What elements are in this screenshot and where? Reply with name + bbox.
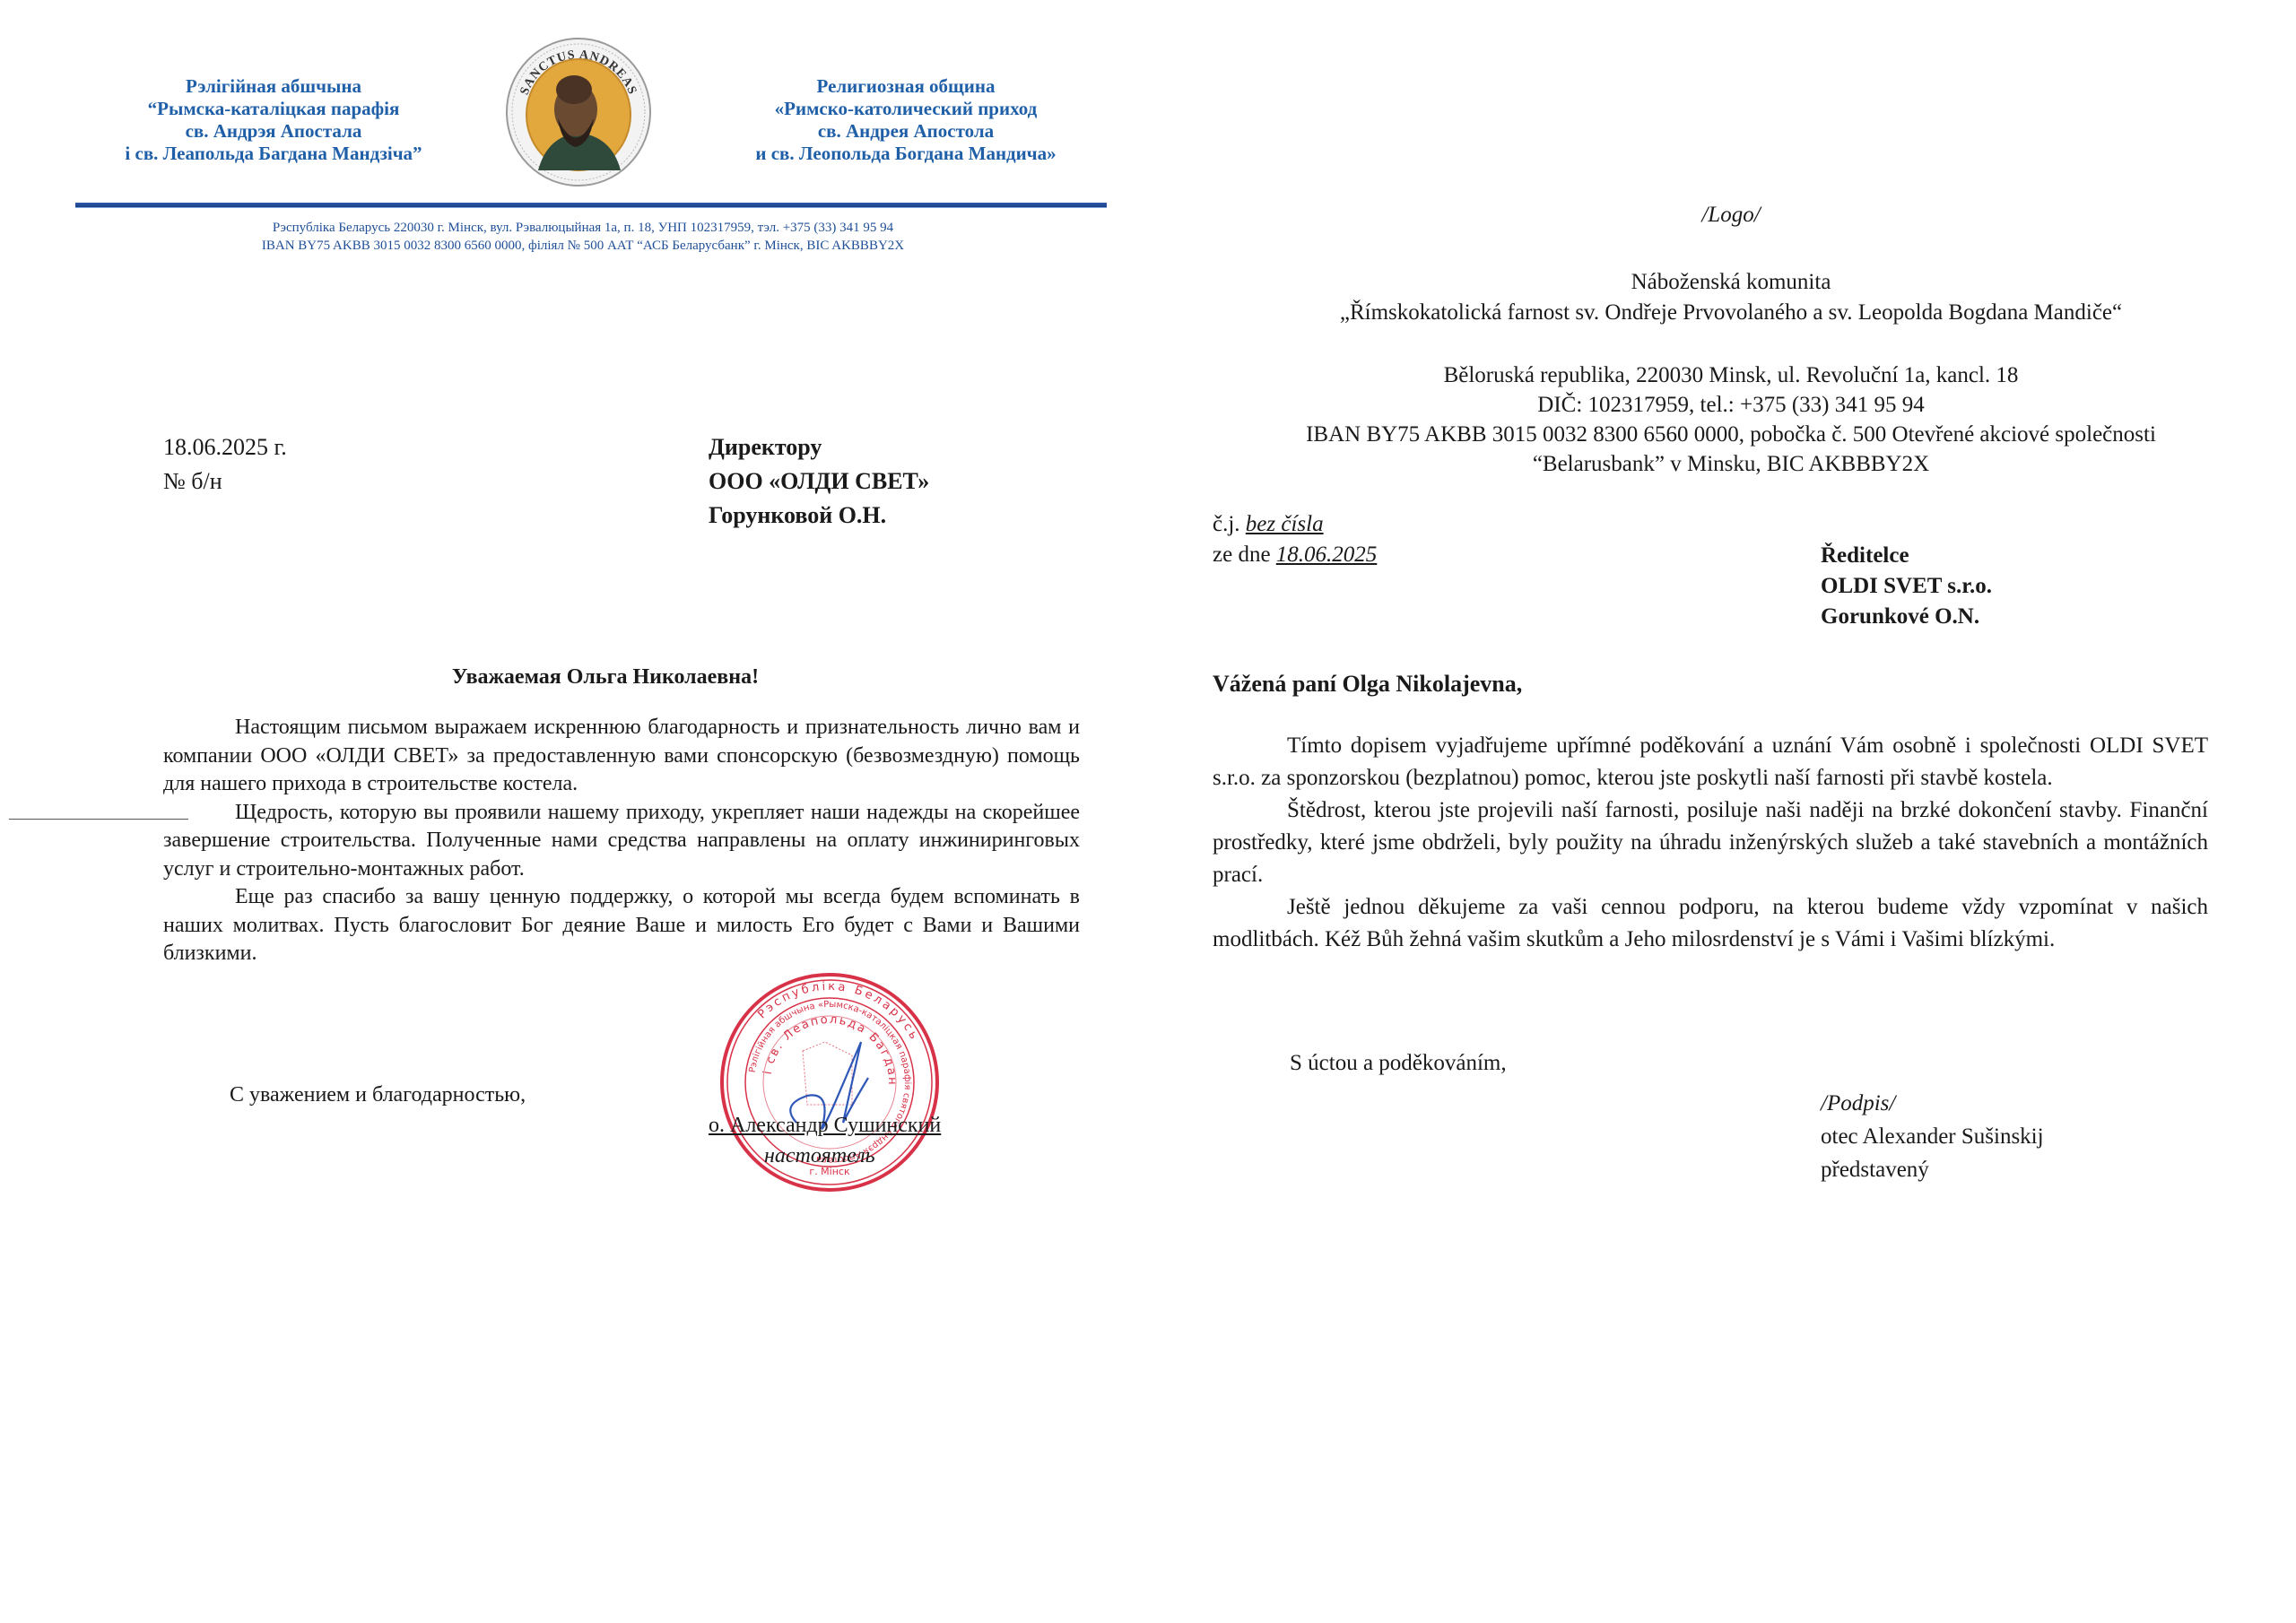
letter-date-block: 18.06.2025 г. № б/н <box>163 430 287 499</box>
letter-date: 18.06.2025 г. <box>163 430 287 464</box>
letterhead-line: «Римско-католический приход <box>717 98 1094 120</box>
letter-body: Настоящим письмом выражаем искреннюю бла… <box>163 714 1080 968</box>
letterhead-divider <box>75 203 1107 208</box>
organization-name: Náboženská komunita „Římskokatolická far… <box>1166 267 2296 328</box>
closing: S úctou a poděkováním, <box>1290 1051 1507 1076</box>
address-line: IBAN BY75 AKBB 3015 0032 8300 6560 0000,… <box>1166 420 2296 449</box>
signatory-title: představený <box>1821 1153 2044 1186</box>
closing: С уважением и благодарностью, <box>230 1083 526 1107</box>
letterhead-footer: Рэспубліка Беларусь 220030 г. Мінск, вул… <box>135 219 1031 255</box>
date-label: ze dne <box>1213 542 1271 567</box>
body-paragraph: Настоящим письмом выражаем искреннюю бла… <box>163 714 1080 799</box>
date-value: 18.06.2025 <box>1276 542 1378 567</box>
addressee-block: Директору ООО «ОЛДИ СВЕТ» Горунковой О.Н… <box>709 430 929 533</box>
body-paragraph: Štědrost, kterou jste projevili naší far… <box>1213 794 2208 891</box>
organization-address: Běloruská republika, 220030 Minsk, ul. R… <box>1166 360 2296 479</box>
letterhead-line: св. Андрея Апостола <box>717 120 1094 143</box>
salutation: Уважаемая Ольга Николаевна! <box>135 665 1076 690</box>
footer-address: Рэспубліка Беларусь 220030 г. Мінск, вул… <box>135 219 1031 237</box>
addressee-line: Ředitelce <box>1821 541 1992 571</box>
letter-body: Tímto dopisem vyjadřujeme upřímné poděko… <box>1213 730 2208 956</box>
scan-artifact-line <box>9 819 188 820</box>
signatory-name: otec Alexander Sušinskij <box>1821 1120 2044 1153</box>
letterhead-line: і св. Леапольда Багдана Мандзіча” <box>85 143 462 165</box>
addressee-line: OLDI SVET s.r.o. <box>1821 571 1992 602</box>
body-paragraph: Tímto dopisem vyjadřujeme upřímné poděko… <box>1213 730 2208 794</box>
addressee-line: Gorunkové O.N. <box>1821 602 1992 632</box>
letterhead-russian: Религиозная община «Римско-католический … <box>717 75 1094 165</box>
reference-date: ze dne 18.06.2025 <box>1213 540 1377 570</box>
logo-placeholder: /Logo/ <box>1166 203 2296 228</box>
ref-value: bez čísla <box>1246 512 1324 536</box>
signature-placeholder: /Podpis/ <box>1821 1087 2044 1120</box>
footer-bank: IBAN BY75 AKBB 3015 0032 8300 6560 0000,… <box>135 237 1031 255</box>
ref-label: č.j. <box>1213 512 1240 536</box>
address-line: DIČ: 102317959, tel.: +375 (33) 341 95 9… <box>1166 390 2296 420</box>
letterhead-line: Религиозная община <box>717 75 1094 98</box>
letterhead-belarusian: Рэлігійная абшчына “Рымска-каталіцкая па… <box>85 75 462 165</box>
body-paragraph: Ještě jednou děkujeme za vaši cennou pod… <box>1213 891 2208 956</box>
addressee-line: Горунковой О.Н. <box>709 499 929 533</box>
letterhead-line: и св. Леопольда Богдана Мандича» <box>717 143 1094 165</box>
address-line: “Belarusbank” v Minsku, BIC AKBBBY2X <box>1166 449 2296 479</box>
org-line: „Římskokatolická farnost sv. Ondřeje Prv… <box>1166 298 2296 328</box>
salutation: Vážená paní Olga Nikolajevna, <box>1213 671 1522 698</box>
letter-number: № б/н <box>163 464 287 499</box>
signature-block: /Podpis/ otec Alexander Sušinskij předst… <box>1821 1087 2044 1186</box>
address-line: Běloruská republika, 220030 Minsk, ul. R… <box>1166 360 2296 390</box>
addressee-line: Директору <box>709 430 929 464</box>
body-paragraph: Еще раз спасибо за вашу ценную поддержку… <box>163 883 1080 968</box>
signatory-name: о. Александр Сушинский <box>709 1114 941 1138</box>
letterhead-line: “Рымска-каталіцкая парафія <box>85 98 462 120</box>
addressee-block: Ředitelce OLDI SVET s.r.o. Gorunkové O.N… <box>1821 541 1992 632</box>
reference-block: č.j. bez čísla ze dne 18.06.2025 <box>1213 509 1377 570</box>
saint-andrew-icon-logo: SANCTUS ANDREAS <box>502 36 655 188</box>
body-paragraph: Щедрость, которую вы проявили нашему при… <box>163 799 1080 884</box>
reference-number: č.j. bez čísla <box>1213 509 1377 540</box>
letterhead-line: Рэлігійная абшчына <box>85 75 462 98</box>
signatory-title: настоятель <box>764 1144 875 1168</box>
addressee-line: ООО «ОЛДИ СВЕТ» <box>709 464 929 499</box>
letterhead-line: св. Андрэя Апостала <box>85 120 462 143</box>
org-line: Náboženská komunita <box>1166 267 2296 298</box>
